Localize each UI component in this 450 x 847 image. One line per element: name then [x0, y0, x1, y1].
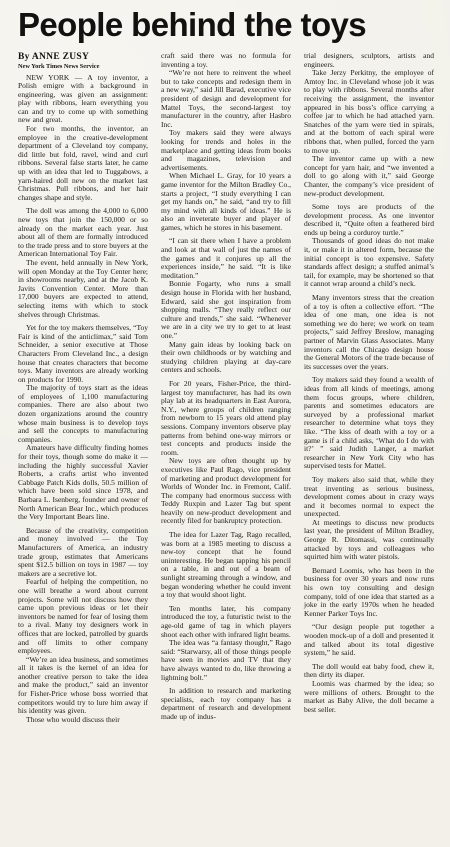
article-paragraph: The event, held annually in New York, wi… [18, 259, 148, 319]
article-paragraph: “I can sit there when I have a problem a… [161, 237, 291, 280]
article-paragraph: craft said there was no formula for inve… [161, 52, 291, 69]
article-paragraph: Loomis was charmed by the idea; so were … [304, 680, 434, 714]
article-paragraph: trial designers, sculptors, artists and … [304, 52, 434, 69]
article-paragraph: The inventor came up with a new concept … [304, 155, 434, 198]
byline-agency: New York Times News Service [18, 63, 148, 71]
article-paragraph: The doll was among the 4,000 to 6,000 ne… [18, 207, 148, 259]
byline: By ANNE ZUSY New York Times News Service [18, 52, 148, 71]
article-paragraph: “We’re not here to reinvent the wheel bu… [161, 69, 291, 129]
article-paragraph: Fearful of helping the competition, no o… [18, 578, 148, 655]
article-paragraph: Those who would discuss their [18, 716, 148, 725]
column-2-paragraphs: craft said there was no formula for inve… [161, 52, 291, 722]
article-paragraph: Amateurs have difficulty finding homes f… [18, 444, 148, 521]
article-paragraph: Because of the creativity, competition a… [18, 527, 148, 579]
article-paragraph: In addition to research and marketing sp… [161, 687, 291, 721]
article-paragraph: Bonnie Fogarty, who runs a small design … [161, 280, 291, 340]
article-column-1: By ANNE ZUSY New York Times News Service… [18, 52, 148, 724]
byline-author: By ANNE ZUSY [18, 52, 148, 63]
article-paragraph: Toy makers said they found a wealth of i… [304, 376, 434, 471]
article-paragraph: The majority of toys start as the ideas … [18, 384, 148, 444]
article-paragraph: For two months, the inventor, an employe… [18, 125, 148, 202]
article-headline: People behind the toys [18, 7, 434, 43]
article-paragraph: Toy makers said they were always looking… [161, 129, 291, 172]
article-column-2: craft said there was no formula for inve… [161, 52, 291, 722]
column-3-paragraphs: trial designers, sculptors, artists and … [304, 52, 434, 714]
article-paragraph: Toy makers also said that, while they tr… [304, 476, 434, 519]
article-paragraph: New toys are often thought up by executi… [161, 457, 291, 526]
article-paragraph: The idea for Lazer Tag, Rago recalled, w… [161, 531, 291, 600]
article-paragraph: At meetings to discuss new products last… [304, 519, 434, 562]
article-paragraph: When Michael L. Gray, for 10 years a gam… [161, 172, 291, 232]
newspaper-page: People behind the toys By ANNE ZUSY New … [0, 0, 450, 847]
column-1-paragraphs: NEW YORK — A toy inventor, a Polish emig… [18, 74, 148, 725]
article-paragraph: Many gain ideas by looking back on their… [161, 341, 291, 375]
article-column-3: trial designers, sculptors, artists and … [304, 52, 434, 714]
article-paragraph: Ten months later, his company introduced… [161, 605, 291, 639]
article-paragraph: “We’re an idea business, and sometimes a… [18, 656, 148, 716]
article-paragraph: Some toys are products of the developmen… [304, 203, 434, 237]
article-paragraph: Yet for the toy makers themselves, “Toy … [18, 324, 148, 384]
article-paragraph: The doll would eat baby food, chew it, t… [304, 663, 434, 680]
article-paragraph: NEW YORK — A toy inventor, a Polish emig… [18, 74, 148, 126]
article-paragraph: The idea was “a fantasy thought,” Rago s… [161, 639, 291, 682]
article-columns: By ANNE ZUSY New York Times News Service… [18, 52, 434, 724]
article-paragraph: Many inventors stress that the creation … [304, 294, 434, 371]
article-paragraph: Thousands of good ideas do not make it, … [304, 237, 434, 289]
article-paragraph: “Our design people put together a wooden… [304, 623, 434, 657]
article-paragraph: Bernard Loomis, who has been in the busi… [304, 567, 434, 619]
article-paragraph: Take Jerzy Perkitny, the employee of Amt… [304, 69, 434, 155]
article-paragraph: For 20 years, Fisher-Price, the third-la… [161, 380, 291, 457]
